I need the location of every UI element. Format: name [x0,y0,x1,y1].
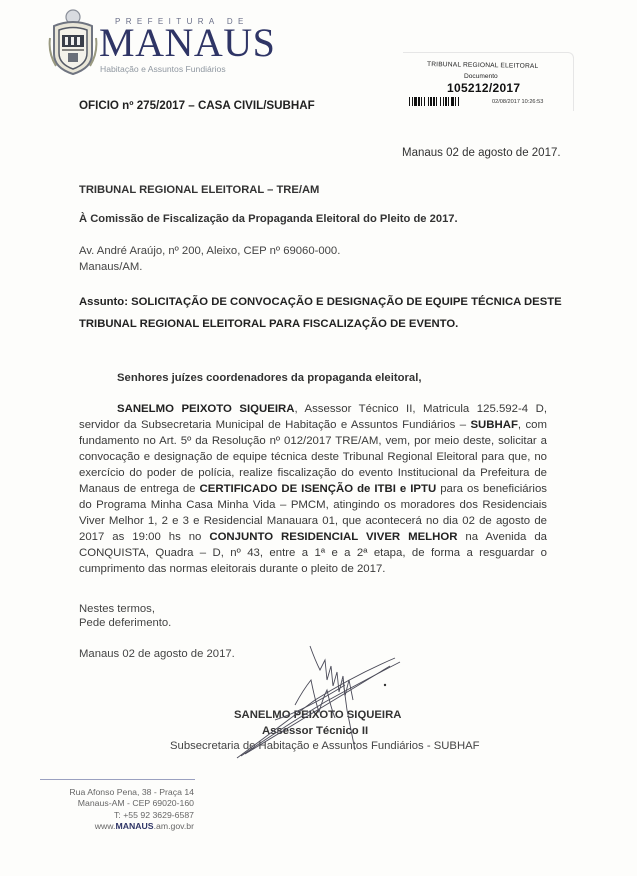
subject-line-1: Assunto: SOLICITAÇÃO DE CONVOCAÇÃO E DES… [79,296,562,308]
certificate-title: CERTIFICADO DE ISENÇÃO de ITBI e IPTU [200,483,437,495]
requester-name: SANELMO PEIXOTO SIQUEIRA [117,403,294,415]
coat-of-arms-icon [48,8,98,76]
city-name-logo: MANAUS [99,23,275,63]
recipient-address: Av. André Araújo, nº 200, Aleixo, CEP nº… [79,245,340,257]
stamp-label: Documento [464,73,498,80]
closing-line-1: Nestes termos, [79,603,155,615]
recipient-institution: TRIBUNAL REGIONAL ELEITORAL – TRE/AM [79,184,319,196]
footer-city: Manaus-AM - CEP 69020-160 [78,798,194,808]
document-date: Manaus 02 de agosto de 2017. [402,147,561,159]
footer-website[interactable]: www.MANAUS.am.gov.br [95,821,194,831]
stamp-timestamp: 02/08/2017 10:26:53 [492,99,543,105]
subject-line-2: TRIBUNAL REGIONAL ELEITORAL PARA FISCALI… [79,318,458,330]
closing-date: Manaus 02 de agosto de 2017. [79,648,235,660]
closing-line-2: Pede deferimento. [79,617,171,629]
footer-address: Rua Afonso Pena, 38 - Praça 14 [69,787,194,797]
body-paragraph: SANELMO PEIXOTO SIQUEIRA, Assessor Técni… [79,401,547,578]
stamp-document-number: 105212/2017 [447,81,520,95]
recipient-city: Manaus/AM. [79,261,142,273]
barcode-icon [409,97,484,106]
footer-phone: T: +55 92 3629-6587 [114,810,194,820]
salutation: Senhores juízes coordenadores da propaga… [117,372,421,384]
venue-name: CONJUNTO RESIDENCIAL VIVER MELHOR [209,531,457,543]
subhaf-acronym: SUBHAF [470,419,517,431]
handwritten-signature-icon [215,640,415,760]
recipient-attention: À Comissão de Fiscalização da Propaganda… [79,213,458,225]
department-subtitle: Habitação e Assuntos Fundiários [100,64,226,74]
footer-divider [40,779,195,780]
oficio-number: OFICIO nº 275/2017 – CASA CIVIL/SUBHAF [79,99,315,112]
